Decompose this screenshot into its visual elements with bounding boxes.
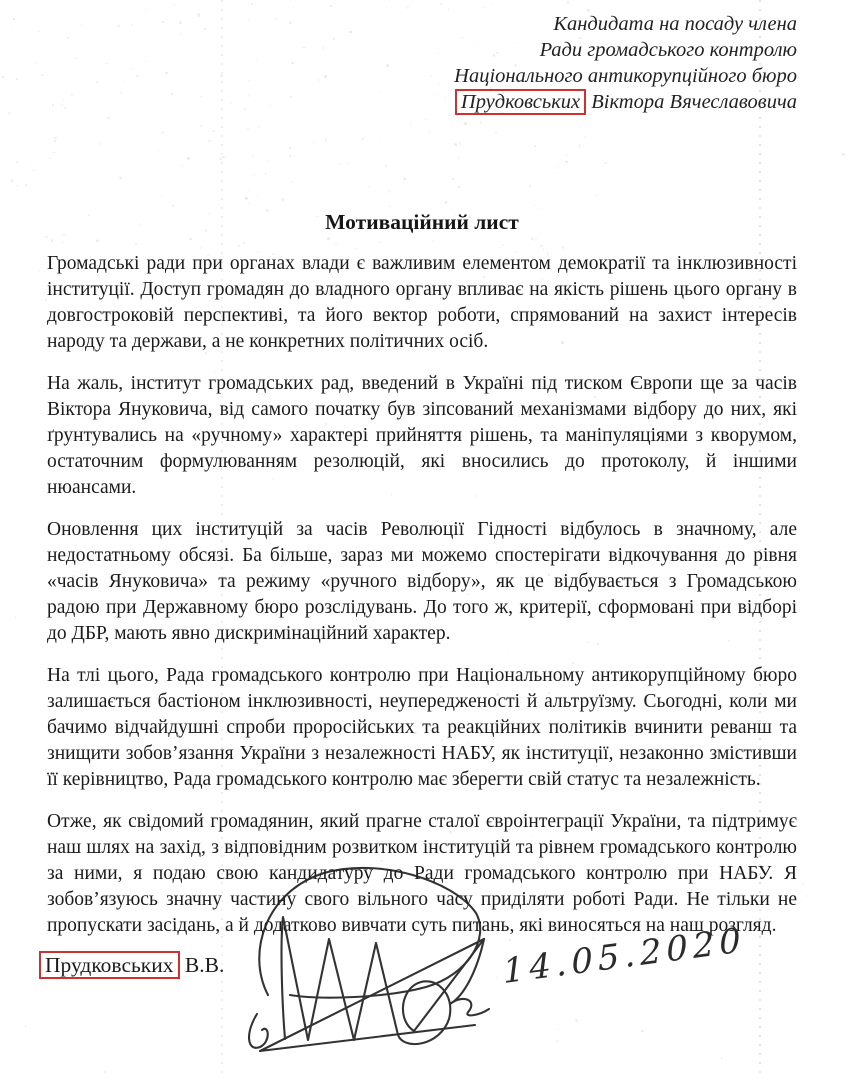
- surname-highlight-box: Прудковських: [455, 89, 586, 115]
- recipient-line: Кандидата на посаду члена: [177, 11, 797, 37]
- recipient-block: Кандидата на посаду члена Ради громадськ…: [177, 11, 797, 115]
- scanned-letter-page: Кандидата на посаду члена Ради громадськ…: [0, 0, 851, 1080]
- letter-body: Громадські ради при органах влади є важл…: [47, 251, 797, 955]
- highlighted-surname: Прудковських: [45, 953, 174, 977]
- signature-loop: [259, 868, 480, 998]
- paragraph: На жаль, інститут громадських рад, введе…: [47, 371, 797, 501]
- page-title: Мотиваційний лист: [47, 210, 797, 235]
- paragraph: На тлі цього, Рада громадського контролю…: [47, 663, 797, 793]
- recipient-name-line: Прудковських Віктора Вячеславовича: [177, 89, 797, 115]
- recipient-name-rest: Віктора Вячеславовича: [586, 91, 797, 113]
- highlighted-surname: Прудковських: [461, 91, 580, 113]
- paragraph: Оновлення цих інституцій за часів Револю…: [47, 517, 797, 647]
- signer-initials: В.В.: [180, 953, 225, 977]
- recipient-line: Ради громадського контролю: [177, 37, 797, 63]
- signer-name-line: Прудковських В.В.: [39, 951, 224, 979]
- handwritten-signature: [228, 853, 508, 1068]
- recipient-line: Національного антикорупційного бюро: [177, 63, 797, 89]
- signature-flourish: [249, 1014, 268, 1048]
- paragraph: Громадські ради при органах влади є важл…: [47, 251, 797, 355]
- surname-highlight-box: Прудковських: [39, 951, 180, 979]
